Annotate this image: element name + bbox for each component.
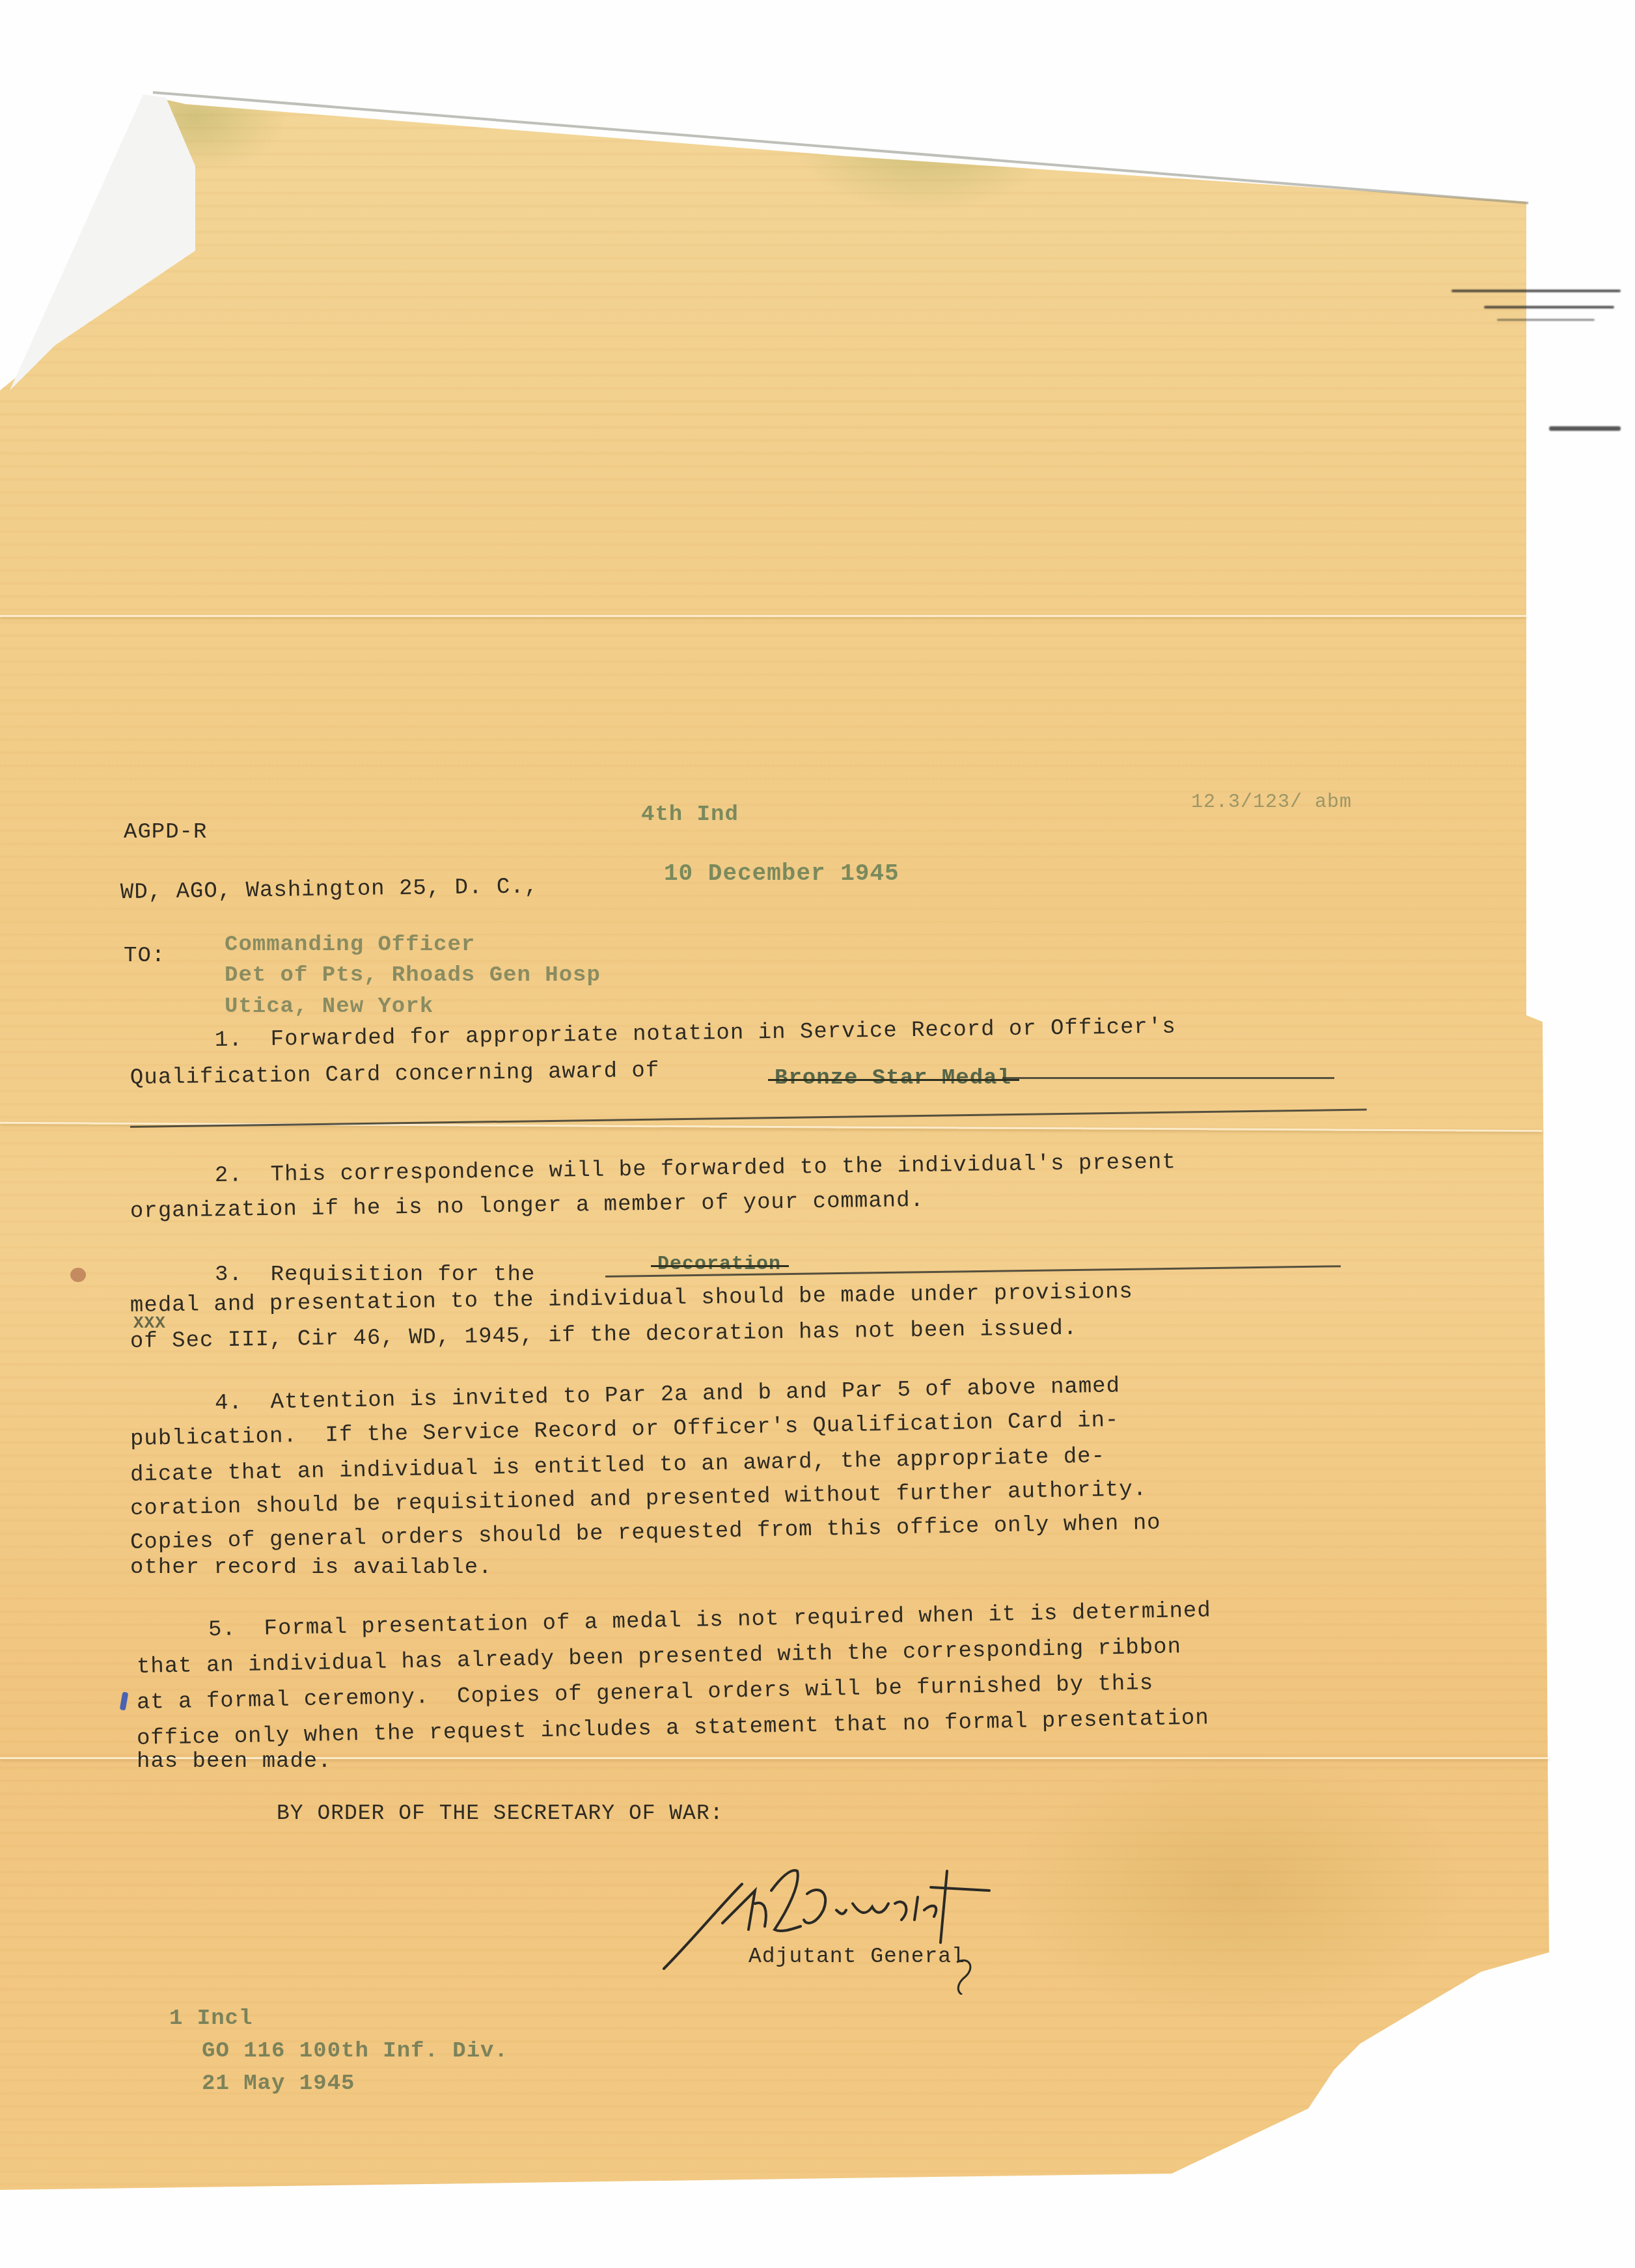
enclosure-line: 21 May 1945 <box>202 2073 355 2095</box>
enclosure-count: 1 Incl <box>169 2008 253 2030</box>
paragraph-number: 4. <box>215 1391 243 1416</box>
paragraph-number: 3. <box>215 1263 243 1287</box>
decoration-word: Decoration <box>657 1255 781 1274</box>
indorsement-text: 4th Ind <box>641 802 739 827</box>
paragraph-3: 3. Requisition for the <box>215 1264 535 1286</box>
signature-title: Adjutant General <box>749 1946 965 1967</box>
award-name: Bronze Star Medal <box>775 1067 1011 1089</box>
document-date: 10 December 1945 <box>664 862 900 886</box>
reference-number: 12.3/123/ abm <box>1191 793 1352 812</box>
paragraph-4-line-6: other record is available. <box>130 1557 493 1579</box>
addressee-line: Commanding Officer <box>225 934 475 956</box>
scan-smudge <box>1451 290 1621 292</box>
scan-smudge <box>1484 306 1614 308</box>
fold-crease <box>0 615 1526 617</box>
enclosure-line: GO 116 100th Inf. Div. <box>202 2040 508 2062</box>
paragraph-number: 1. <box>215 1028 243 1053</box>
paragraph-number: 2. <box>215 1163 243 1188</box>
from-line: WD, AGO, Washington 25, D. C., <box>120 876 539 904</box>
scan-smudge <box>1497 319 1595 321</box>
addressee-line: Utica, New York <box>225 996 433 1018</box>
to-label: TO: <box>124 945 165 967</box>
stain-mark <box>70 1268 86 1282</box>
addressee-line: Det of Pts, Rhoads Gen Hosp <box>225 964 601 987</box>
paragraph-5-line-5: has been made. <box>137 1751 332 1773</box>
paragraph-number: 5. <box>208 1617 237 1643</box>
handwritten-signature: M L Schwartz <box>651 1865 1146 1995</box>
award-fill-in: Bronze Star Medal <box>775 1067 1011 1089</box>
indorsement-number: 4th Ind <box>641 804 739 826</box>
decoration-fill-in: Decoration <box>657 1255 781 1274</box>
authority-line: BY ORDER OF THE SECRETARY OF WAR: <box>277 1803 724 1824</box>
scan-smudge <box>1549 426 1621 431</box>
fill-in-line <box>1002 1077 1334 1079</box>
office-symbol: AGPD-R <box>124 821 207 843</box>
